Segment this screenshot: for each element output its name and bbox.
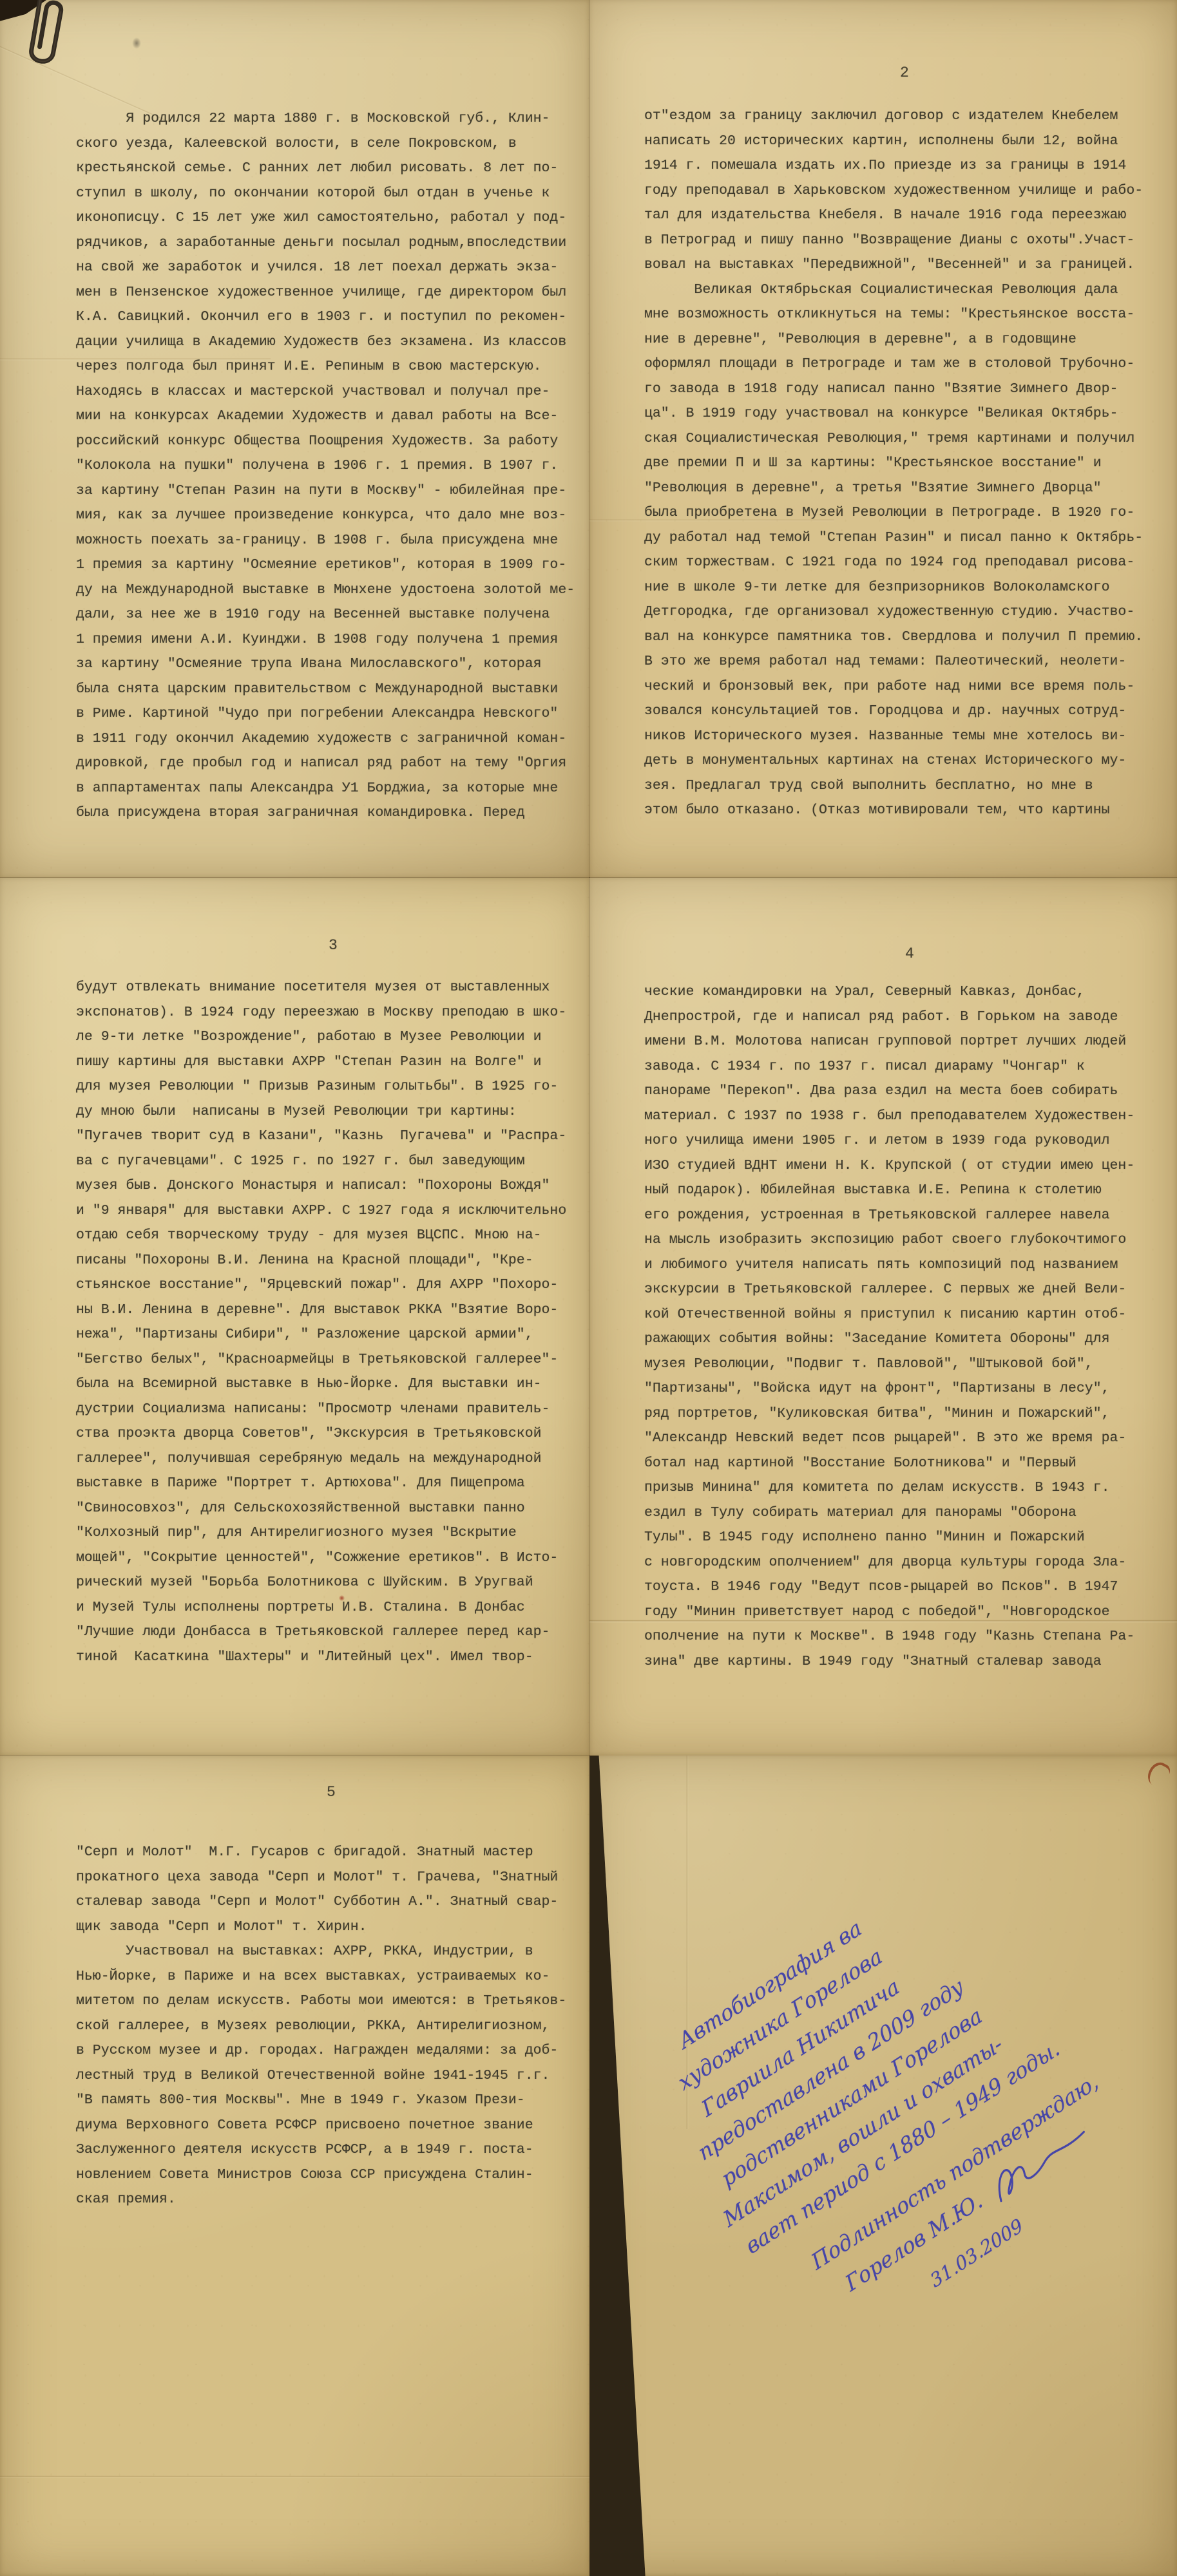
text-line: для музея Революции " Призыв Разиным гол…: [76, 1079, 580, 1104]
text-line: ездил в Тулу собирать материал для панор…: [644, 1505, 1148, 1530]
text-line: через полгода был принят И.Е. Репиным в …: [76, 359, 580, 384]
text-line: зея. Предлагал труд свой выполнить беспл…: [644, 778, 1148, 803]
text-line: панораме "Перекоп". Два раза ездил на ме…: [644, 1083, 1148, 1108]
text-line: "Колокола на пушки" получена в 1906 г. 1…: [76, 458, 580, 483]
text-line: дации училища в Академию Художеств без э…: [76, 334, 580, 359]
text-line: "Свиносовхоз", для Сельскохозяйственной …: [76, 1501, 580, 1526]
ink-smudge: [132, 37, 141, 49]
text-line: году "Минин приветствует народ с победой…: [644, 1604, 1148, 1629]
text-line: дировкой, где пробыл год и написал ряд р…: [76, 755, 580, 781]
page-2-typed-text: от"ездом за границу заключил договор с и…: [644, 108, 1148, 828]
page-4-typed-text: ческие командировки на Урал, Северный Ка…: [644, 984, 1148, 1678]
page-number: 4: [905, 945, 914, 962]
text-line: была приобретена в Музей Революции в Пет…: [644, 505, 1148, 530]
text-line: тоуста. В 1946 году "Ведут псов-рыцарей …: [644, 1579, 1148, 1604]
text-line: в Русском музее и др. городах. Награжден…: [76, 2043, 580, 2068]
text-line: дали, за нее же в 1910 году на Весенней …: [76, 607, 580, 632]
page-1: Я родился 22 марта 1880 г. в Московской …: [0, 0, 589, 878]
text-line: была присуждена вторая заграничная коман…: [76, 805, 580, 830]
text-line: с новгородским ополчением" для дворца ку…: [644, 1555, 1148, 1580]
text-line: ле 9-ти летке "Возрождение", работаю в М…: [76, 1029, 580, 1054]
text-line: 1 премия имени А.И. Куинджи. В 1908 году…: [76, 632, 580, 657]
text-line: "Александр Невский ведет псов рыцарей". …: [644, 1430, 1148, 1455]
text-line: за картину "Степан Разин на пути в Москв…: [76, 483, 580, 508]
text-line: ИЗО студией ВДНТ имени Н. К. Крупской ( …: [644, 1158, 1148, 1183]
text-line: ников Исторического музея. Названные тем…: [644, 728, 1148, 753]
text-line: щик завода "Серп и Молот" т. Хирин.: [76, 1919, 580, 1944]
text-line: крестьянской семье. С ранних лет любил р…: [76, 160, 580, 185]
text-line: ряд портретов, "Куликовская битва", "Мин…: [644, 1406, 1148, 1431]
text-line: тиной Касаткина "Шахтеры" и "Литейный це…: [76, 1649, 580, 1674]
text-line: ской галлерее, в Музеях революции, РККА,…: [76, 2018, 580, 2043]
text-line: имени В.М. Молотова написан групповой по…: [644, 1034, 1148, 1059]
text-line: вал на конкурсе памятника тов. Свердлова…: [644, 629, 1148, 654]
text-line: Нью-Йорке, в Париже и на всех выставках,…: [76, 1969, 580, 1994]
text-line: можность поехать за-границу. В 1908 г. б…: [76, 533, 580, 558]
text-line: лестный труд в Великой Отечественной вой…: [76, 2068, 580, 2093]
text-line: материал. С 1937 по 1938 г. был преподав…: [644, 1108, 1148, 1133]
text-line: в Риме. Картиной "Чудо при погребении Ал…: [76, 706, 580, 731]
text-line: на мысль изобразить экспозицию работ сво…: [644, 1232, 1148, 1257]
text-line: и любимого учителя написать пять компози…: [644, 1257, 1148, 1282]
text-line: ополчение на пути к Москве". В 1948 году…: [644, 1629, 1148, 1654]
text-line: в 1911 году окончил Академию художеств с…: [76, 731, 580, 756]
text-line: и Музей Тулы исполнены портреты И.В. Ста…: [76, 1600, 580, 1625]
text-line: выставке в Париже "Портрет т. Артюхова".…: [76, 1475, 580, 1501]
text-line: ским торжествам. С 1921 года по 1924 год…: [644, 554, 1148, 580]
text-line: рядчиков, а заработанные деньги посылал …: [76, 235, 580, 260]
text-line: новлением Совета Министров Союза ССР при…: [76, 2167, 580, 2192]
text-line: зина" две картины. В 1949 году "Знатный …: [644, 1654, 1148, 1679]
text-line: ду работал над темой "Степан Разин" и пи…: [644, 530, 1148, 555]
text-line: написать 20 исторических картин, исполне…: [644, 133, 1148, 158]
text-line: музея быв. Донского Монастыря и написал:…: [76, 1178, 580, 1203]
page-3: 3 будут отвлекать внимание посетителя му…: [0, 878, 589, 1756]
text-line: "Лучшие люди Донбасса в Третьяковской га…: [76, 1624, 580, 1649]
text-line: в Петроград и пишу панно "Возвращение Ди…: [644, 232, 1148, 258]
handwritten-note: Автобиография вахудожника ГореловаГаврии…: [625, 1833, 1141, 2391]
text-line: сталевар завода "Серп и Молот" Субботин …: [76, 1894, 580, 1919]
page-3-typed-text: будут отвлекать внимание посетителя музе…: [76, 980, 580, 1674]
text-line: ние в школе 9-ти летке для безпризорнико…: [644, 580, 1148, 605]
text-line: Детгородка, где организовал художественн…: [644, 604, 1148, 629]
text-line: ны В.И. Ленина в деревне". Для выставок …: [76, 1302, 580, 1327]
text-line: ние в деревне", "Революция в деревне", а…: [644, 332, 1148, 357]
text-line: Тулы". В 1945 году исполнено панно "Мини…: [644, 1529, 1148, 1555]
text-line: две премии П и Ш за картины: "Крестьянск…: [644, 455, 1148, 480]
text-line: В это же время работал над темами: Палео…: [644, 654, 1148, 679]
paper-crease: [0, 2476, 589, 2478]
text-line: Находясь в классах и мастерской участвов…: [76, 384, 580, 409]
rust-thread-mark: [1144, 1759, 1172, 1790]
text-line: за картину "Осмеяние трупа Ивана Милосла…: [76, 656, 580, 681]
text-line: ный подарок). Юбилейная выставка И.Е. Ре…: [644, 1182, 1148, 1207]
text-line: ца". В 1919 году участвовал на конкурсе …: [644, 406, 1148, 431]
text-line: ду мною были написаны в Музей Революции …: [76, 1104, 580, 1129]
text-line: завода. С 1934 г. по 1937 г. писал диара…: [644, 1059, 1148, 1084]
text-line: оформлял площади в Петрограде и там же в…: [644, 356, 1148, 381]
page-5: 5 "Серп и Молот" М.Г. Гусаров с бригадой…: [0, 1756, 589, 2576]
text-line: ботал над картиной "Восстание Болотников…: [644, 1455, 1148, 1481]
text-line: 1914 г. помешала издать их.По приезде из…: [644, 158, 1148, 183]
text-line: "Партизаны", "Войска идут на фронт", "Па…: [644, 1381, 1148, 1406]
text-line: музея Революции, "Подвиг т. Павловой", "…: [644, 1356, 1148, 1381]
text-line: и "9 января" для выставки АХРР. С 1927 г…: [76, 1203, 580, 1228]
text-line: российский конкурс Общества Поощрения Ху…: [76, 433, 580, 459]
page-4: 4 ческие командировки на Урал, Северный …: [589, 878, 1177, 1756]
text-line: мне возможность откликнуться на темы: "К…: [644, 307, 1148, 332]
text-line: Я родился 22 марта 1880 г. в Московской …: [76, 111, 580, 136]
text-line: призыв Минина" для комитета по делам иск…: [644, 1480, 1148, 1505]
text-line: дустрии Социализма написаны: "Просмотр ч…: [76, 1401, 580, 1426]
page-1-typed-text: Я родился 22 марта 1880 г. в Московской …: [76, 111, 580, 830]
text-line: вовал на выставках "Передвижной", "Весен…: [644, 257, 1148, 282]
text-line: ного училища имени 1905 г. и летом в 193…: [644, 1133, 1148, 1158]
text-line: кой Отечественной войны я приступил к пи…: [644, 1307, 1148, 1332]
text-line: ступил в школу, по окончании которой был…: [76, 185, 580, 211]
text-line: "Пугачев творит суд в Казани", "Казнь Пу…: [76, 1128, 580, 1153]
text-line: Участвовал на выставках: АХРР, РККА, Инд…: [76, 1944, 580, 1969]
text-line: ская премия.: [76, 2192, 580, 2217]
text-line: Заслуженного деятеля искусств РСФСР, а в…: [76, 2142, 580, 2167]
text-line: зовался консультацией тов. Городцова и д…: [644, 703, 1148, 728]
text-line: его рождения, устроенная в Третьяковской…: [644, 1207, 1148, 1233]
text-line: рический музей "Борьба Болотникова с Шуй…: [76, 1575, 580, 1600]
text-line: ческие командировки на Урал, Северный Ка…: [644, 984, 1148, 1009]
text-line: мен в Пензенское художественное училище,…: [76, 285, 580, 310]
text-line: в аппартаментах папы Александра У1 Бордж…: [76, 781, 580, 806]
text-line: галлерее", получившая серебряную медаль …: [76, 1451, 580, 1476]
text-line: писаны "Похороны В.И. Ленина на Красной …: [76, 1253, 580, 1278]
text-line: пишу картины для выставки АХРР "Степан Р…: [76, 1054, 580, 1079]
text-line: митетом по делам искусств. Работы мои им…: [76, 1993, 580, 2018]
text-line: тал для издательства Кнебеля. В начале 1…: [644, 207, 1148, 232]
text-line: отдаю себя творческому труду - для музея…: [76, 1227, 580, 1253]
text-line: была снята царским правительством с Межд…: [76, 681, 580, 706]
text-line: "Колхозный пир", для Антирелигиозного му…: [76, 1525, 580, 1550]
text-line: ского уезда, Калеевской волости, в селе …: [76, 136, 580, 161]
text-line: на свой же заработок и учился. 18 лет по…: [76, 260, 580, 285]
text-line: 1 премия за картину "Осмеяние еретиков",…: [76, 557, 580, 582]
text-line: году преподавал в Харьковском художестве…: [644, 183, 1148, 208]
page-number: 3: [329, 937, 338, 954]
text-line: от"ездом за границу заключил договор с и…: [644, 108, 1148, 133]
text-line: экспонатов). В 1924 году переезжаю в Мос…: [76, 1005, 580, 1030]
text-line: иконописцу. С 15 лет уже жил самостоятел…: [76, 210, 580, 235]
text-line: ду на Международной выставке в Мюнхене у…: [76, 582, 580, 607]
text-line: го завода в 1918 году написал панно "Взя…: [644, 381, 1148, 406]
text-line: мии на конкурсах Академии Художеств и да…: [76, 408, 580, 433]
text-line: этом было отказано. (Отказ мотивировали …: [644, 802, 1148, 828]
paperclip-icon: [17, 0, 79, 72]
text-line: ства проэкта дворца Советов", "Экскурсия…: [76, 1426, 580, 1451]
text-line: деть в монументальных картинах на стенах…: [644, 753, 1148, 778]
text-line: ческий и бронзовый век, при работе над н…: [644, 679, 1148, 704]
text-line: экскурсии в Третьяковской галлерее. С пе…: [644, 1282, 1148, 1307]
text-line: Днепрострой, где и написал ряд работ. В …: [644, 1009, 1148, 1034]
text-line: "Революция в деревне", а третья "Взятие …: [644, 480, 1148, 506]
text-line: будут отвлекать внимание посетителя музе…: [76, 980, 580, 1005]
handwritten-lines: Автобиография вахудожника ГореловаГаврии…: [625, 1833, 1104, 2320]
text-line: нежа", "Партизаны Сибири", " Разложение …: [76, 1327, 580, 1352]
page-2: 2 от"ездом за границу заключил договор с…: [589, 0, 1177, 878]
text-line: мия, как за лучшее произведение конкурса…: [76, 507, 580, 533]
text-line: прокатного цеха завода "Серп и Молот" т.…: [76, 1870, 580, 1895]
text-line: стьянское восстание", "Ярцевский пожар".…: [76, 1277, 580, 1302]
text-line: "Серп и Молот" М.Г. Гусаров с бригадой. …: [76, 1844, 580, 1870]
text-line: ражающих события войны: "Заседание Комит…: [644, 1331, 1148, 1356]
page-number: 5: [327, 1784, 336, 1801]
text-line: "В память 800-тия Москвы". Мне в 1949 г.…: [76, 2092, 580, 2117]
page-6-handwritten: Автобиография вахудожника ГореловаГаврии…: [589, 1756, 1177, 2576]
text-line: ская Социалистическая Революция," тремя …: [644, 431, 1148, 456]
text-line: была на Всемирной выставке в Нью-Йорке. …: [76, 1376, 580, 1401]
page-number: 2: [900, 64, 909, 81]
text-line: Великая Октябрьская Социалистическая Рев…: [644, 282, 1148, 307]
scanned-document: Я родился 22 марта 1880 г. в Московской …: [0, 0, 1177, 2576]
text-line: "Бегство белых", "Красноармейцы в Третья…: [76, 1352, 580, 1377]
page-5-typed-text: "Серп и Молот" М.Г. Гусаров с бригадой. …: [76, 1844, 580, 2217]
text-line: диума Верховного Совета РСФСР присвоено …: [76, 2117, 580, 2143]
text-line: К.А. Савицкий. Окончил его в 1903 г. и п…: [76, 309, 580, 334]
text-line: ва с пугачевцами". С 1925 г. по 1927 г. …: [76, 1153, 580, 1179]
text-line: мощей", "Сокрытие ценностей", "Сожжение …: [76, 1550, 580, 1575]
